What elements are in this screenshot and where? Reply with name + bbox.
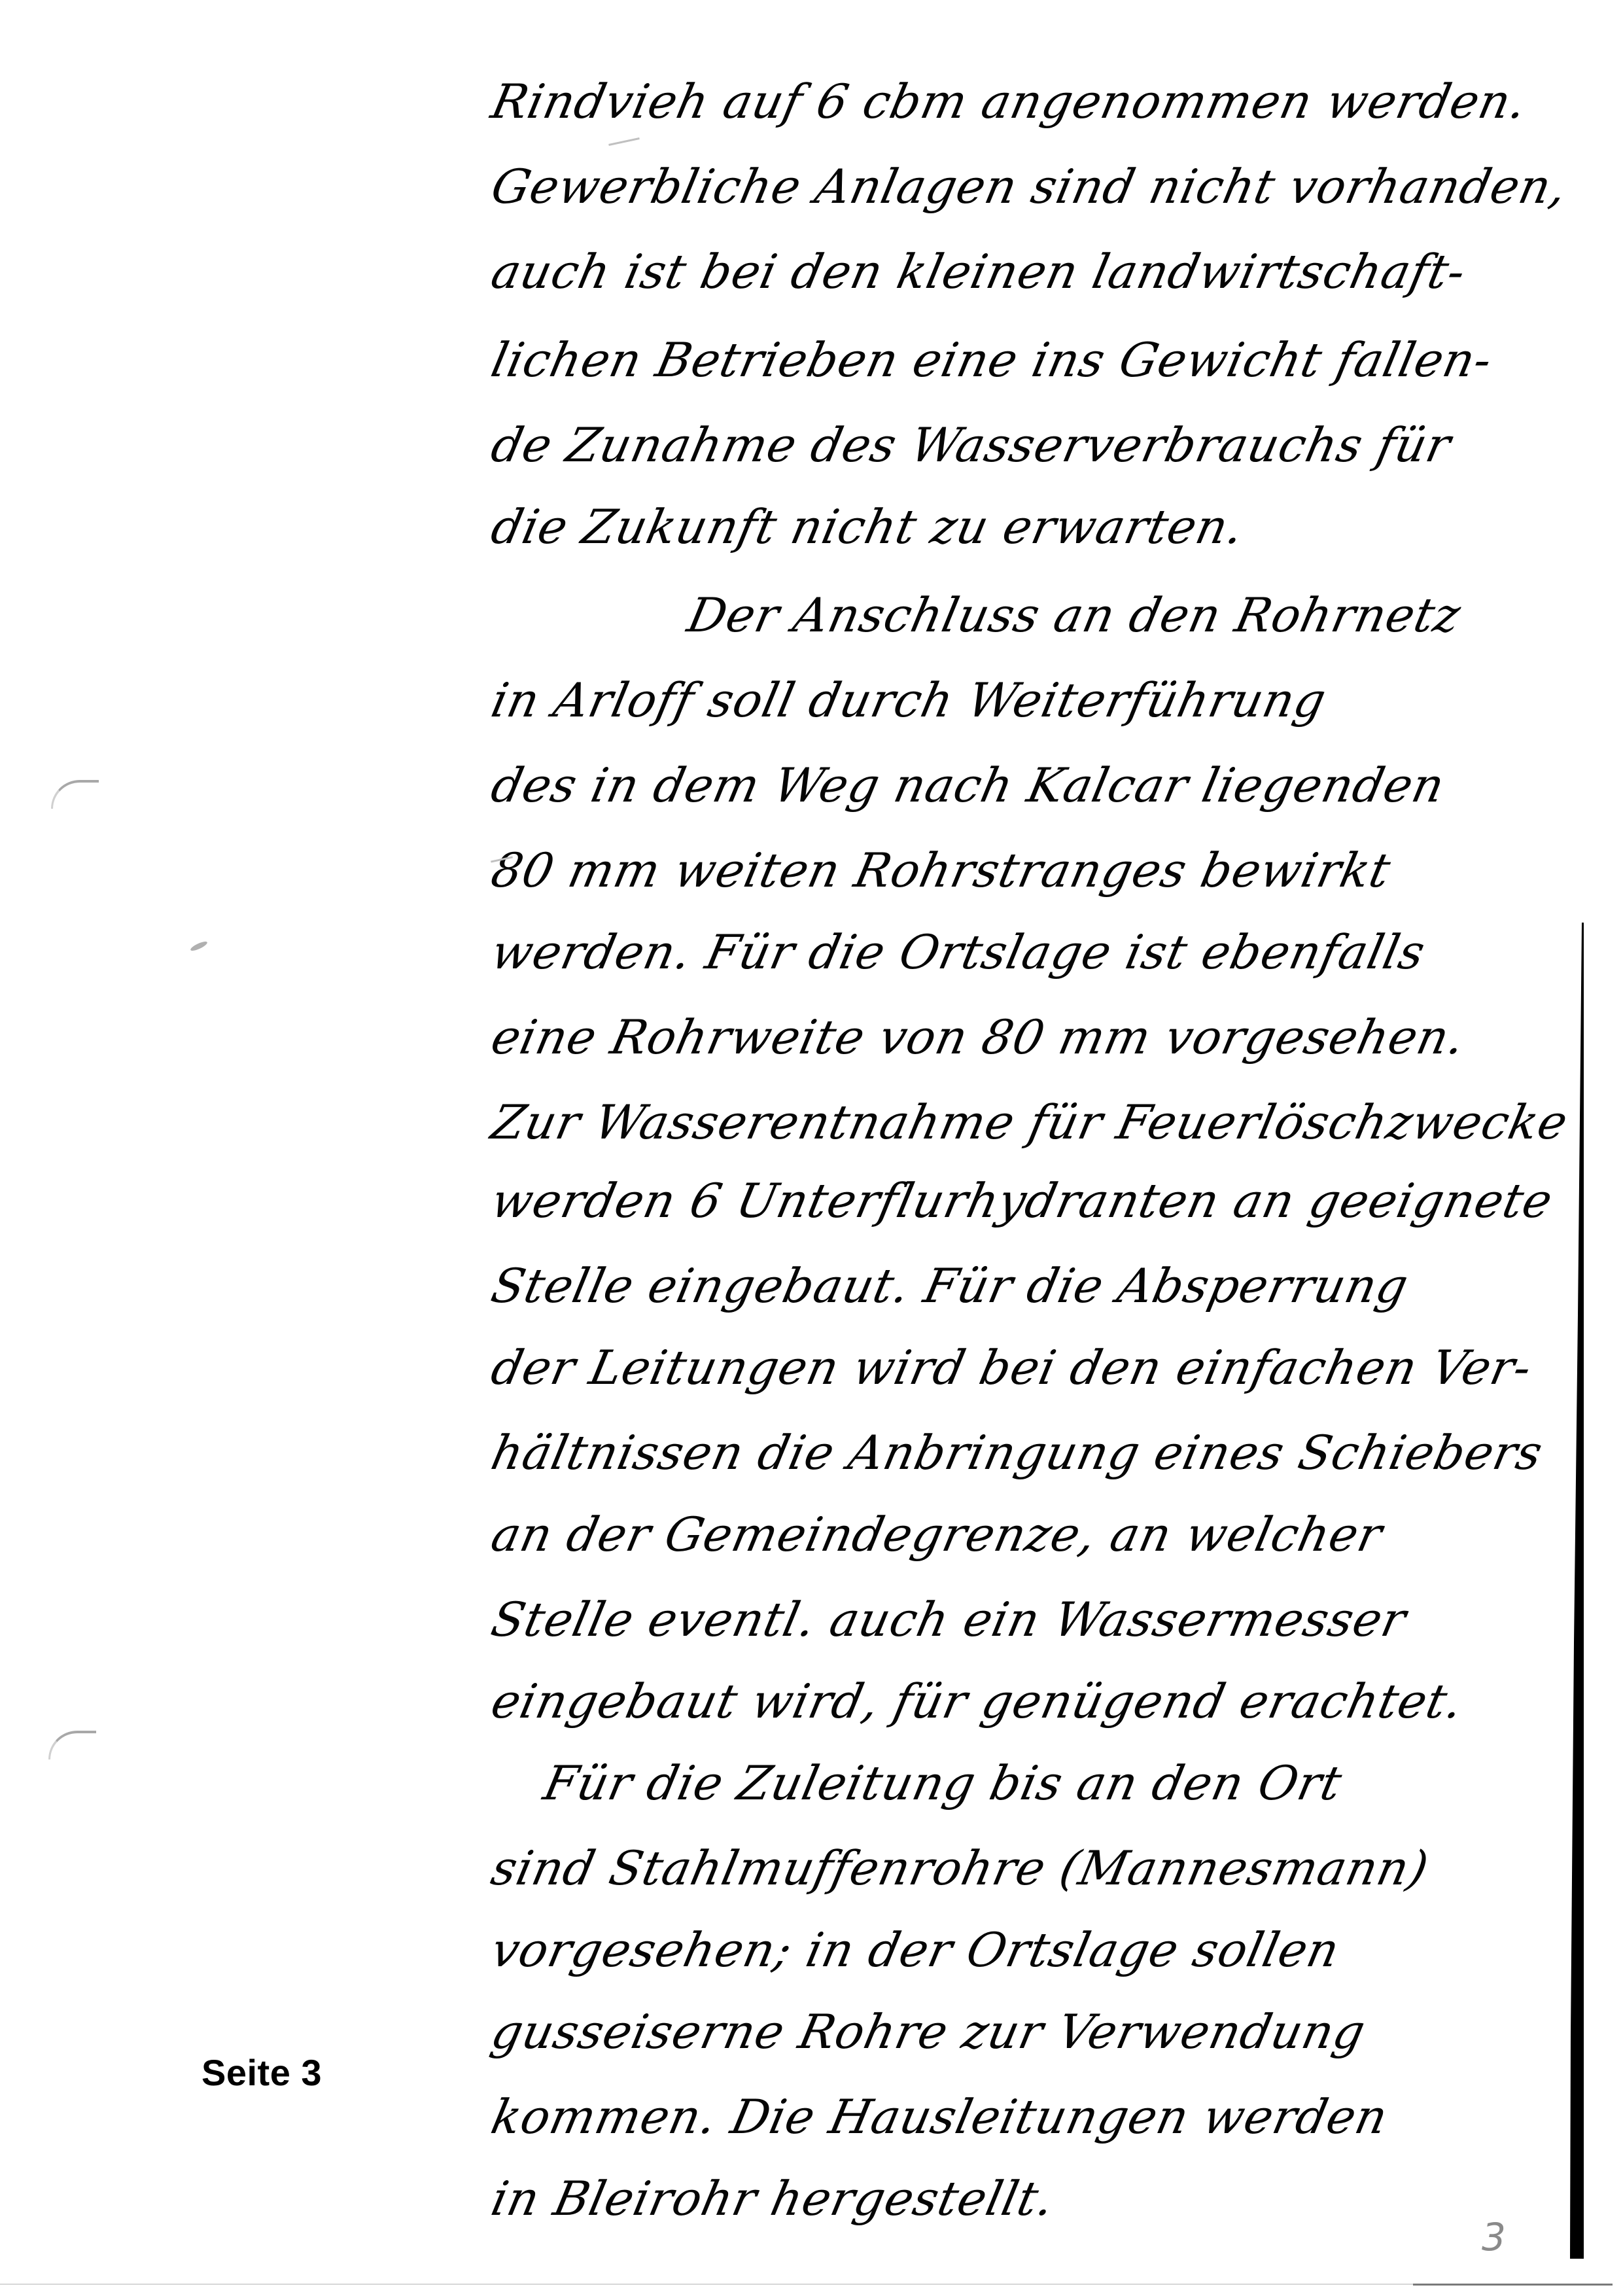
handwritten-line: de Zunahme des Wasserverbrauchs für [484,406,1600,484]
handwritten-line: hältnissen die Anbringung eines Schieber… [484,1413,1600,1492]
handwritten-line: Gewerbliche Anlagen sind nicht vorhanden… [484,147,1600,226]
handwritten-line: an der Gemeindegrenze, an welcher [484,1495,1600,1574]
handwritten-line: eingebaut wird, für genügend erachtet. [484,1662,1600,1740]
handwritten-line: der Leitungen wird bei den einfachen Ver… [484,1328,1600,1407]
handwritten-line: 80 mm weiten Rohrstranges bewirkt [484,831,1600,910]
handwritten-line: werden. Für die Ortslage ist ebenfalls [484,913,1600,991]
handwritten-line: sind Stahlmuffenrohre (Mannesmann) [484,1829,1600,1907]
handwritten-line-paragraph-start: Der Anschluss an den Rohrnetz [484,576,1600,654]
scanned-page: Rindvieh auf 6 cbm angenommen werden. Ge… [0,0,1623,2296]
punch-hole-mark-upper [51,780,99,809]
scan-edge-bar [1569,923,1584,2259]
handwritten-line: vorgesehen; in der Ortslage sollen [484,1911,1600,1989]
punch-hole-mark-lower [48,1731,96,1759]
handwritten-line: gusseiserne Rohre zur Verwendung [484,1992,1600,2071]
handwritten-line: werden 6 Unterflurhydranten an geeignete [484,1161,1600,1240]
pencil-page-number: 3 [1482,2215,1506,2259]
handwritten-line: Rindvieh auf 6 cbm angenommen werden. [484,62,1600,141]
page-label: Seite 3 [201,2051,322,2094]
handwritten-line: auch ist bei den kleinen landwirtschaft- [484,232,1600,311]
handwritten-line: die Zukunft nicht zu erwarten. [484,487,1600,566]
scan-bottom-edge [0,2284,1413,2285]
margin-smudge [190,940,209,952]
handwritten-line: des in dem Weg nach Kalcar liegenden [484,746,1600,824]
handwritten-line: lichen Betrieben eine ins Gewicht fallen… [484,321,1600,399]
handwritten-line: Stelle eingebaut. Für die Absperrung [484,1246,1600,1325]
handwritten-line-paragraph-start: Für die Zuleitung bis an den Ort [484,1744,1600,1822]
handwritten-line: Stelle eventl. auch ein Wassermesser [484,1580,1600,1659]
handwritten-line: in Arloff soll durch Weiterführung [484,661,1600,739]
handwritten-line: in Bleirohr hergestellt. [484,2159,1600,2238]
handwritten-line: eine Rohrweite von 80 mm vorgesehen. [484,998,1600,1076]
scan-bottom-edge-dark [1413,2284,1613,2286]
handwritten-line: kommen. Die Hausleitungen werden [484,2077,1600,2156]
handwritten-line: Zur Wasserentnahme für Feuerlöschzwecke [484,1083,1600,1161]
